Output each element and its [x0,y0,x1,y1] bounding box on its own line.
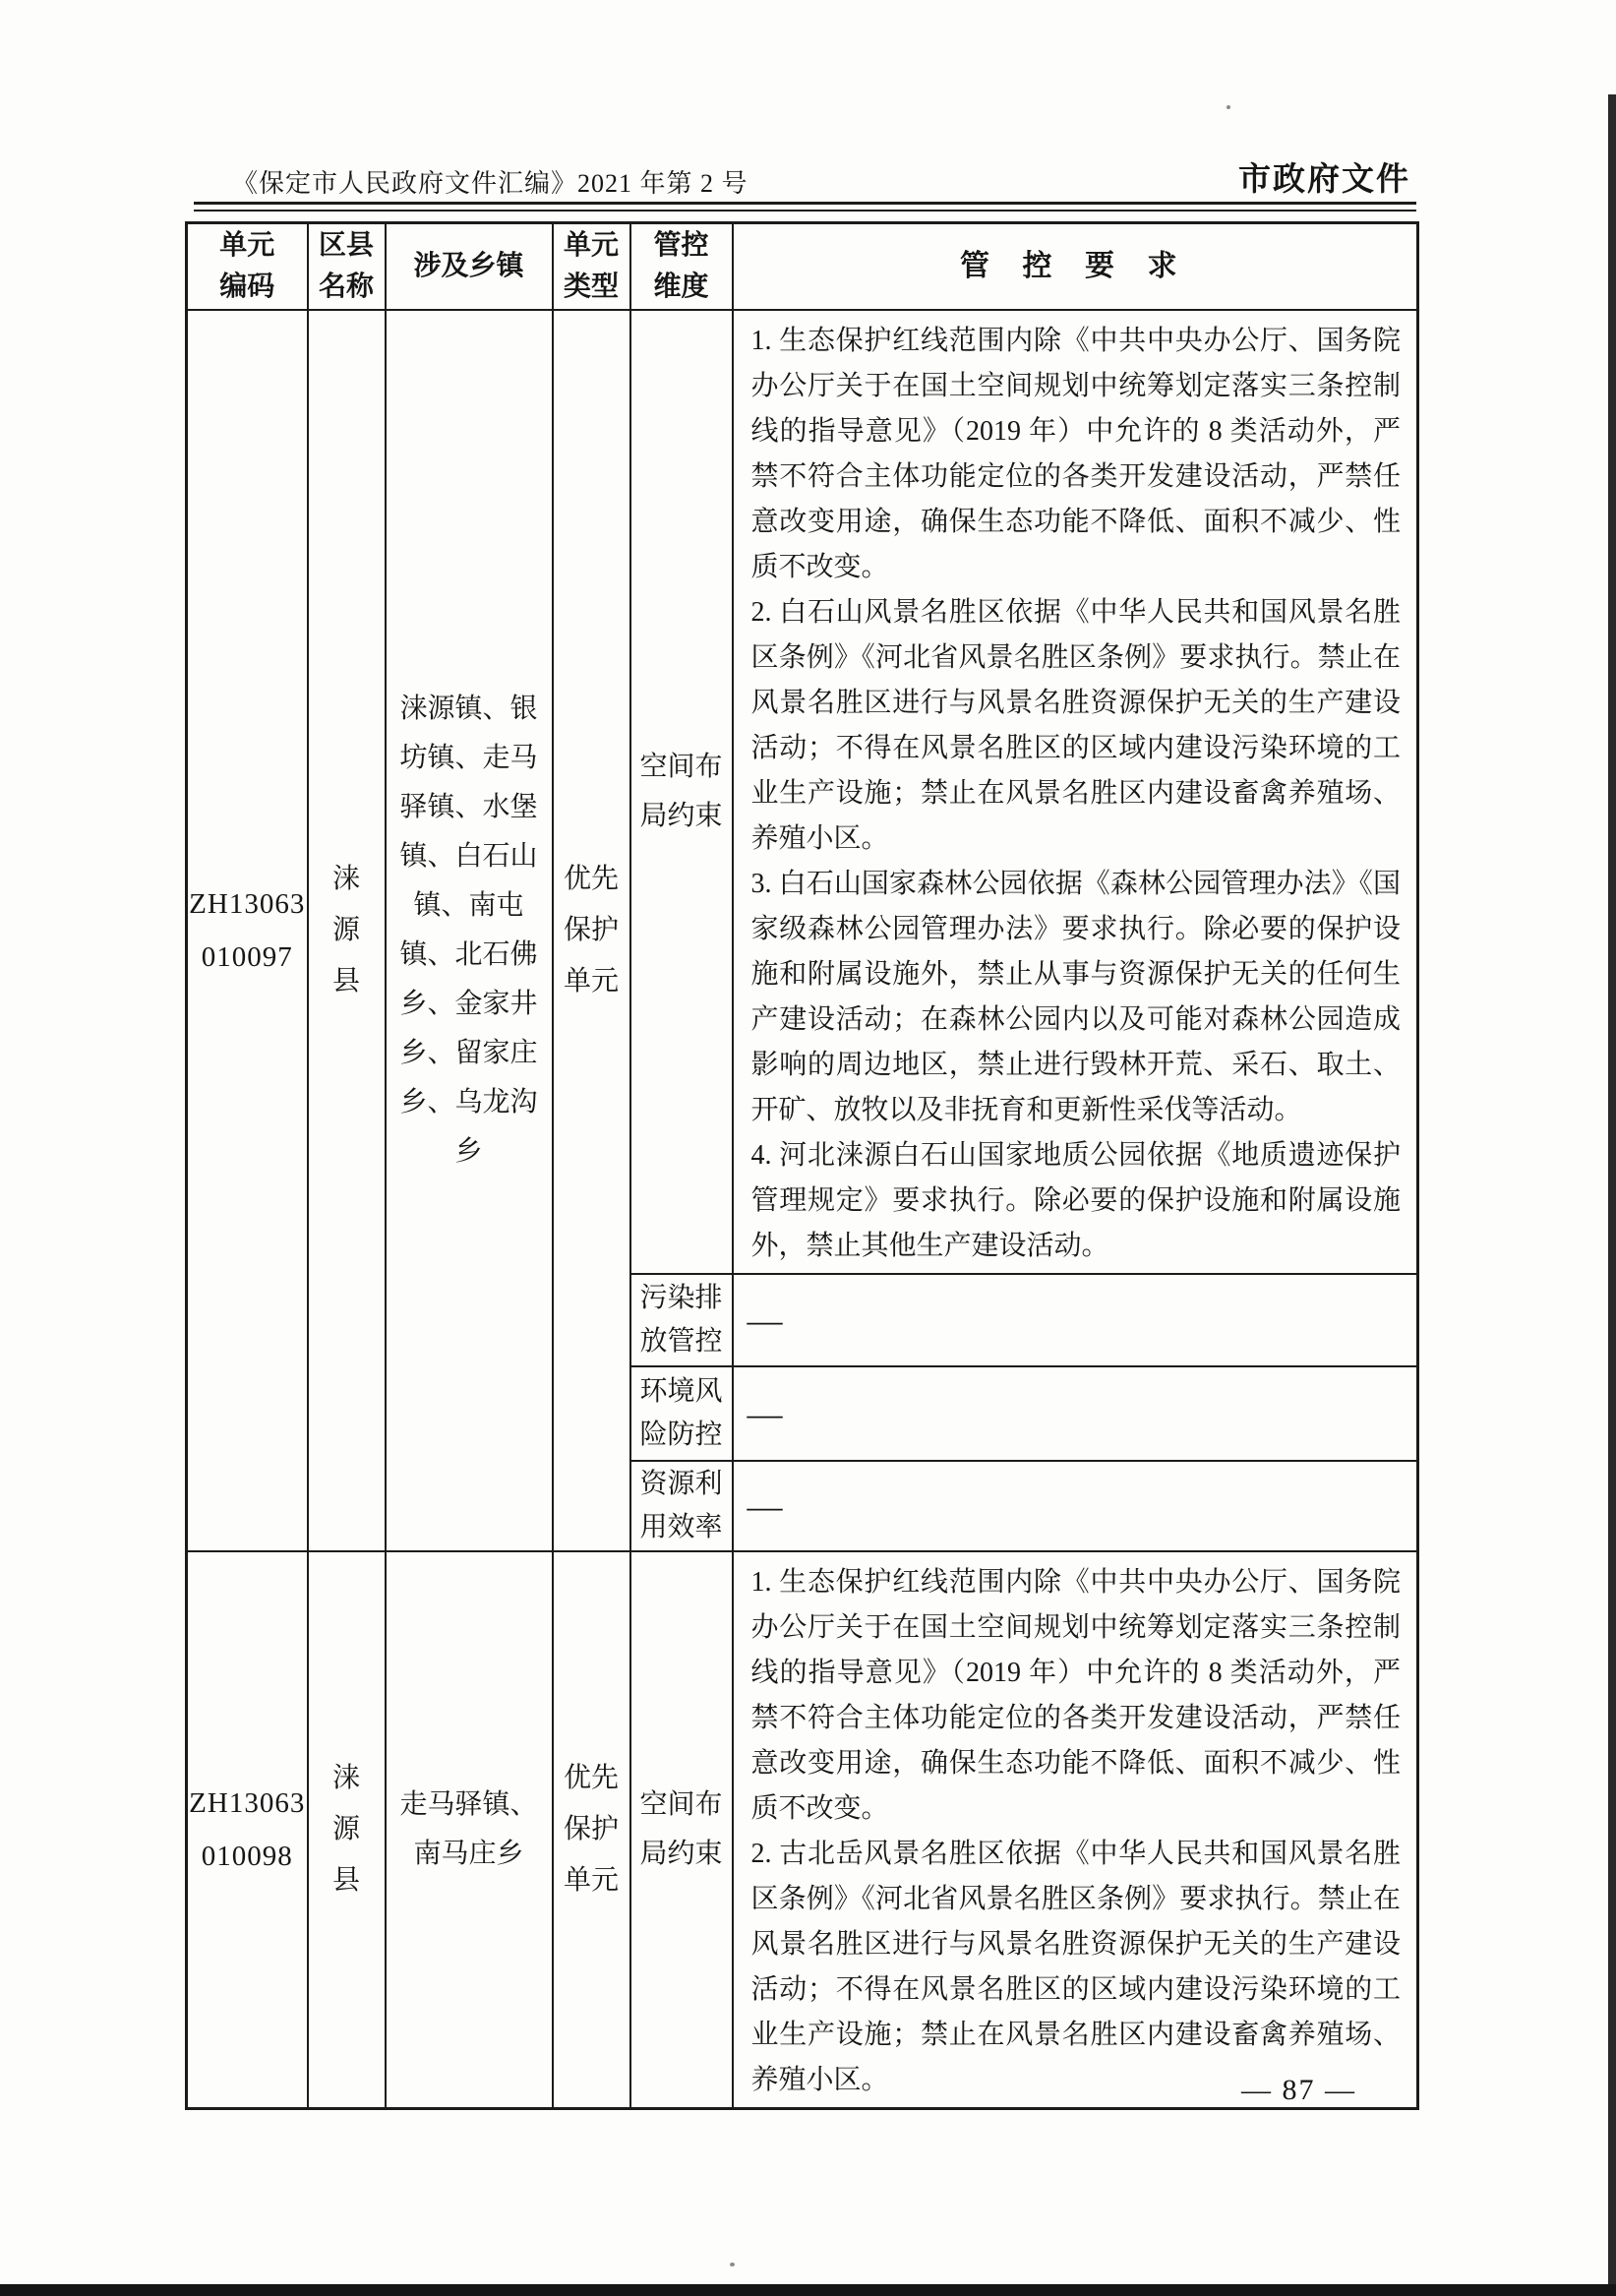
cell-dimension-spatial: 空间布局约束 [630,1551,733,2109]
requirement-paragraph: 2. 白石山风景名胜区依据《中华人民共和国风景名胜区条例》《河北省风景名胜区条例… [751,590,1402,862]
control-requirements-table: 单元 编码 区县 名称 涉及乡镇 单元 类型 管控 维度 管 控 要 求 ZH1… [185,221,1419,2110]
scan-edge-right [1608,94,1616,2296]
requirement-paragraph: 1. 生态保护红线范围内除《中共中央办公厅、国务院办公厅关于在国土空间规划中统筹… [751,1560,1402,1832]
scanned-document-page: { "page": { "header_left": "《保定市人民政府文件汇编… [0,0,1616,2296]
header-double-rule [194,202,1416,211]
requirement-paragraph: 1. 生态保护红线范围内除《中共中央办公厅、国务院办公厅关于在国土空间规划中统筹… [751,319,1402,590]
col-header-requirements: 管 控 要 求 [733,223,1418,310]
page-number: — 87 — [1241,2074,1356,2107]
cell-requirements-pollution: — [733,1274,1418,1366]
col-header-unit-type: 单元 类型 [553,223,630,310]
cell-dimension-pollution: 污染排放管控 [630,1274,733,1366]
cell-townships: 涞源镇、银坊镇、走马驿镇、水堡镇、白石山镇、南屯镇、北石佛乡、金家井乡、留家庄乡… [386,310,553,1551]
cell-unit-code: ZH13063 010097 [187,310,308,1551]
table-row: ZH13063 010098 涞 源 县 走马驿镇、南马庄乡 优先保护单元 空间… [187,1551,1418,2109]
cell-requirements-spatial: 1. 生态保护红线范围内除《中共中央办公厅、国务院办公厅关于在国土空间规划中统筹… [733,310,1418,1274]
document-category-label: 市政府文件 [1238,153,1410,200]
col-header-townships: 涉及乡镇 [386,223,553,310]
cell-requirements-spatial: 1. 生态保护红线范围内除《中共中央办公厅、国务院办公厅关于在国土空间规划中统筹… [733,1551,1418,2109]
cell-requirements-resource: — [733,1461,1418,1551]
table-row: ZH13063 010097 涞 源 县 涞源镇、银坊镇、走马驿镇、水堡镇、白石… [187,310,1418,1274]
col-header-dimension: 管控 维度 [630,223,733,310]
cell-dimension-spatial: 空间布局约束 [630,310,733,1274]
cell-dimension-risk: 环境风险防控 [630,1366,733,1461]
scan-speck [1227,105,1230,109]
table-header-row: 单元 编码 区县 名称 涉及乡镇 单元 类型 管控 维度 管 控 要 求 [187,223,1418,310]
requirement-paragraph: 4. 河北涞源白石山国家地质公园依据《地质遗迹保护管理规定》要求执行。除必要的保… [751,1133,1402,1269]
col-header-unit-code: 单元 编码 [187,223,308,310]
cell-unit-type: 优先保护单元 [553,1551,630,2109]
requirement-paragraph: 3. 白石山国家森林公园依据《森林公园管理办法》《国家级森林公园管理办法》要求执… [751,862,1402,1133]
compilation-title: 《保定市人民政府文件汇编》2021 年第 2 号 [232,163,748,200]
col-header-county: 区县 名称 [308,223,386,310]
requirement-paragraph: 2. 古北岳风景名胜区依据《中华人民共和国风景名胜区条例》《河北省风景名胜区条例… [751,1832,1402,2103]
scan-edge-bottom [0,2284,1616,2296]
cell-requirements-risk: — [733,1366,1418,1461]
scan-speck [730,2263,735,2266]
cell-townships: 走马驿镇、南马庄乡 [386,1551,553,2109]
cell-dimension-resource: 资源利用效率 [630,1461,733,1551]
cell-county: 涞 源 县 [308,310,386,1551]
cell-county: 涞 源 县 [308,1551,386,2109]
cell-unit-type: 优先保护单元 [553,310,630,1551]
cell-unit-code: ZH13063 010098 [187,1551,308,2109]
